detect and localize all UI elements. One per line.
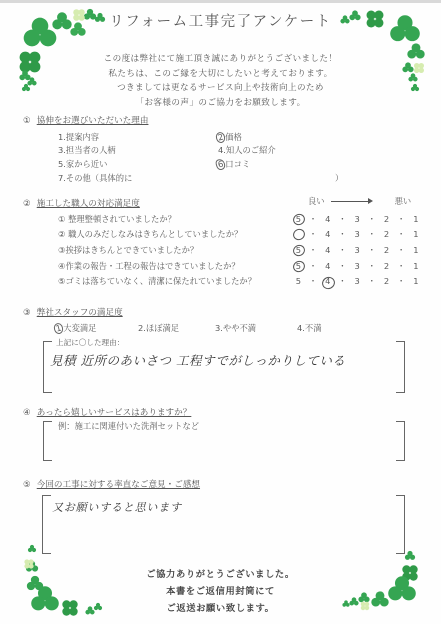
rating-row-2[interactable]: 5・4・3・2・1 xyxy=(291,228,423,240)
bracket-left xyxy=(42,495,51,554)
service-answer-field[interactable] xyxy=(56,432,386,456)
rating-1[interactable]: 1 xyxy=(409,245,424,255)
staff-option-4[interactable]: 4.不満 xyxy=(297,322,322,334)
rating-row-3[interactable]: 5・4・3・2・1 xyxy=(291,244,423,256)
reason-option-4[interactable]: 4.知人のご紹介 xyxy=(218,144,276,156)
scale-bad-label: 悪い xyxy=(395,196,412,206)
section1-heading: ①協伸をお選びいただいた理由 xyxy=(23,114,148,126)
reason-answer-field[interactable]: 見積 近所のあいさつ 工程すでがしっかりしている xyxy=(50,351,345,369)
section-title: 施工した職人の対応満足度 xyxy=(37,199,140,209)
opinion-answer-field[interactable]: 又お願いすると思います xyxy=(52,499,182,515)
intro-line: 私たちは、このご縁を大切にしたいと考えております。 xyxy=(0,67,441,82)
question-2: ② 職人のみだしなみはきちんとしていましたか？ xyxy=(58,228,242,240)
rating-4[interactable]: 4 xyxy=(320,229,335,239)
bracket-right xyxy=(396,421,405,461)
section-title: 今回の工事に対する率直なご意見・ご感想 xyxy=(37,480,200,490)
rating-1[interactable]: 1 xyxy=(409,276,424,286)
reason-option-7[interactable]: 7.その他（具体的に xyxy=(58,172,132,184)
page-title: リフォーム工事完了アンケート xyxy=(0,10,441,31)
circle-mark-icon xyxy=(291,243,307,258)
intro-line: つきましては更なるサービス向上や技術向上のため xyxy=(0,81,441,96)
question-3: ③挨拶はきちんとできていましたか？ xyxy=(58,244,198,256)
reason-option-2[interactable]: 2価格 xyxy=(216,131,242,143)
staff-option-3[interactable]: 3.やや不満 xyxy=(215,322,256,334)
rating-4[interactable]: 4 xyxy=(320,214,335,224)
thanks-message: ご協力ありがとうございました。 本書をご返信用封筒にて ご返送お願い致します。 xyxy=(0,566,441,617)
section3-heading: ③弊社スタッフの満足度 xyxy=(23,306,123,318)
rating-1[interactable]: 1 xyxy=(409,214,424,224)
reason-label: 上記に〇した理由： xyxy=(56,337,124,348)
service-example-text: 例：施工に関連付いた洗剤セットなど xyxy=(58,420,199,432)
staff-option-1[interactable]: 1大変満足 xyxy=(54,322,96,334)
intro-line: 「お客様の声」のご協力をお願致します。 xyxy=(0,96,441,111)
section-title: 協伸をお選びいただいた理由 xyxy=(37,116,149,126)
staff-option-2[interactable]: 2.ほぼ満足 xyxy=(138,322,179,334)
section-title: あったら嬉しいサービスはありますか？ xyxy=(37,408,192,418)
rating-3[interactable]: 3 xyxy=(350,214,365,224)
rating-row-5[interactable]: 5・4・3・2・1 xyxy=(291,275,423,287)
reason-option-5[interactable]: 5.家から近い xyxy=(58,158,107,170)
rating-5[interactable]: 5 xyxy=(291,276,306,286)
bracket-right xyxy=(396,495,405,554)
reason-option-3[interactable]: 3.担当者の人柄 xyxy=(58,144,116,156)
rating-5-selected[interactable]: 5 xyxy=(291,245,306,255)
rating-3[interactable]: 3 xyxy=(350,261,365,271)
rating-5-selected[interactable]: 5 xyxy=(291,261,306,271)
rating-row-4[interactable]: 5・4・3・2・1 xyxy=(291,260,423,272)
thanks-line: ご返送お願い致します。 xyxy=(0,600,441,617)
rating-2[interactable]: 2 xyxy=(379,245,394,255)
section5-heading: ⑤今回の工事に対する率直なご意見・ご感想 xyxy=(23,478,200,490)
thanks-line: 本書をご返信用封筒にて xyxy=(0,583,441,600)
section-number: ④ xyxy=(23,408,31,418)
rating-4[interactable]: 4 xyxy=(320,261,335,271)
rating-3[interactable]: 3 xyxy=(350,276,365,286)
rating-2[interactable]: 2 xyxy=(379,229,394,239)
question-4: ④作業の報告・工程の報告はできていましたか？ xyxy=(58,260,240,272)
rating-3[interactable]: 3 xyxy=(350,229,365,239)
intro-text: この度は弊社にて施工頂き誠にありがとうございました！ 私たちは、このご縁を大切に… xyxy=(0,52,441,110)
rating-4[interactable]: 4 xyxy=(320,245,335,255)
question-5: ⑤ゴミは落ちていなく、清潔に保たれていましたか？ xyxy=(58,275,256,287)
reason-option-1[interactable]: 1.提案内容 xyxy=(58,131,99,143)
question-1: ① 整理整頓されていましたか？ xyxy=(58,213,176,225)
rating-scale-legend: 良い悪い xyxy=(308,195,411,207)
thanks-line: ご協力ありがとうございました。 xyxy=(0,566,441,583)
rating-row-1[interactable]: 5・4・3・2・1 xyxy=(291,213,423,225)
bracket-left xyxy=(43,421,52,461)
section2-heading: ②施工した職人の対応満足度 xyxy=(23,197,140,209)
arrow-right-icon xyxy=(331,201,371,202)
scale-good-label: 良い xyxy=(308,196,325,206)
circle-mark-icon xyxy=(291,227,307,242)
reason-option-6[interactable]: 6口コミ xyxy=(216,158,250,170)
rating-1[interactable]: 1 xyxy=(409,261,424,271)
rating-2[interactable]: 2 xyxy=(379,276,394,286)
section-number: ① xyxy=(23,116,31,126)
circle-mark-icon xyxy=(291,259,307,274)
rating-3[interactable]: 3 xyxy=(350,245,365,255)
section-number: ③ xyxy=(23,308,31,318)
circle-mark-icon xyxy=(291,212,307,227)
rating-2[interactable]: 2 xyxy=(379,261,394,271)
section4-heading: ④あったら嬉しいサービスはありますか？ xyxy=(23,406,191,418)
intro-line: この度は弊社にて施工頂き誠にありがとうございました！ xyxy=(0,52,441,67)
rating-1[interactable]: 1 xyxy=(409,229,424,239)
rating-2[interactable]: 2 xyxy=(379,214,394,224)
rating-5-selected[interactable]: 5 xyxy=(291,214,306,224)
section-title: 弊社スタッフの満足度 xyxy=(37,308,123,318)
section-number: ② xyxy=(23,199,31,209)
rating-4-selected[interactable]: 4 xyxy=(320,276,335,286)
section-number: ⑤ xyxy=(23,480,31,490)
other-close-paren: ） xyxy=(335,172,343,184)
rating-5-selected[interactable]: 5 xyxy=(291,229,306,239)
bracket-right xyxy=(396,341,405,393)
